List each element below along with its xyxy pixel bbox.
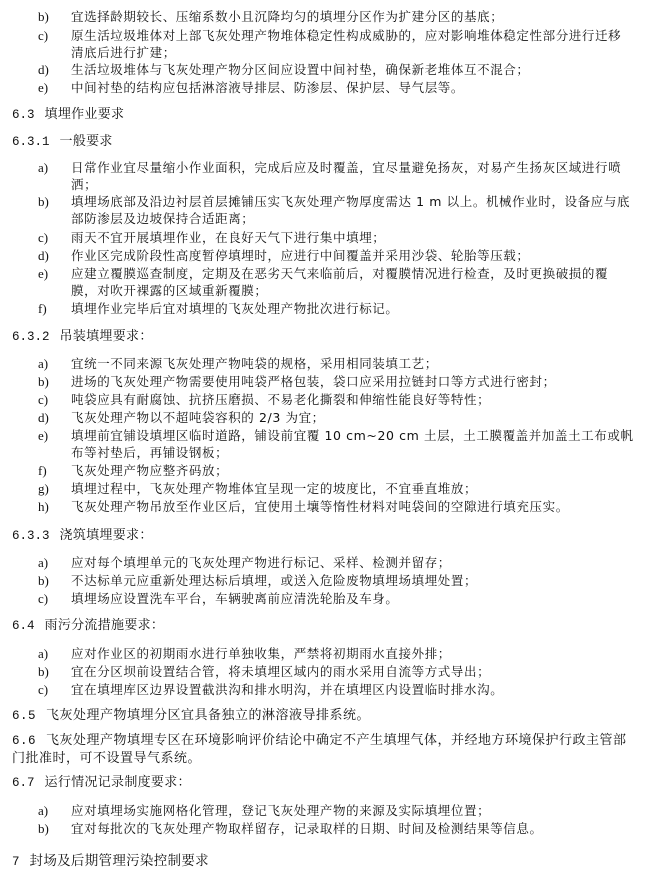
section-number: 6.3.3 [12,527,50,545]
section-6-5: 6.5飞灰处理产物填埋分区宜具备独立的淋溶液导排系统。 [12,707,632,725]
item-label: b) [38,193,60,210]
item-label: b) [38,572,60,589]
item-text: 生活垃圾堆体与飞灰处理产物分区间应设置中间衬垫，确保新老堆体互不混合； [71,61,634,78]
item-text: 宜统一不同来源飞灰处理产物吨袋的规格，采用相同装填工艺； [71,355,634,372]
list-item: c) 填埋场应设置洗车平台，车辆驶离前应清洗轮胎及车身。 [38,590,634,607]
list-item: e) 填埋前宜铺设填埋区临时道路，铺设前宜覆 10 cm~20 cm 土层，土工… [38,427,634,461]
section-title: 填埋作业要求 [45,107,125,122]
item-text: 飞灰处理产物吊放至作业区后，宜使用土壤等惰性材料对吨袋间的空隙进行填充压实。 [71,498,634,515]
list-item: a) 应对每个填埋单元的飞灰处理产物进行标记、采样、检测并留存； [38,554,634,571]
item-label: f) [38,462,60,479]
list-item: a) 宜统一不同来源飞灰处理产物吨袋的规格，采用相同装填工艺； [38,355,634,372]
list-item: e) 应建立覆膜巡查制度，定期及在恶劣天气来临前后，对覆膜情况进行检查，及时更换… [38,265,634,299]
item-label: c) [38,590,60,607]
item-label: b) [38,373,60,390]
item-text: 中间衬垫的结构应包括淋溶液导排层、防渗层、保护层、导气层等。 [71,79,634,96]
item-text: 吨袋应具有耐腐蚀、抗挤压磨损、不易老化撕裂和伸缩性能良好等特性； [71,391,634,408]
item-text: 宜在分区坝前设置结合管，将未填埋区域内的雨水采用自流等方式导出； [71,663,634,680]
section-title: 雨污分流措施要求： [45,618,165,633]
item-label: a) [38,645,60,662]
item-text: 填埋作业完毕后宜对填埋的飞灰处理产物批次进行标记。 [71,300,634,317]
list-item: f) 飞灰处理产物应整齐码放； [38,462,634,479]
item-text: 宜选择龄期较长、压缩系数小且沉降均匀的填埋分区作为扩建分区的基底； [71,8,634,25]
item-text: 进场的飞灰处理产物需要使用吨袋严格包装，袋口应采用拉链封口等方式进行密封； [71,373,634,390]
list-item: d) 作业区完成阶段性高度暂停填埋时，应进行中间覆盖并采用沙袋、轮胎等压载； [38,247,634,264]
list-item: a) 应对填埋场实施网格化管理，登记飞灰处理产物的来源及实际填埋位置； [38,802,634,819]
item-text: 雨天不宜开展填埋作业，在良好天气下进行集中填埋； [71,229,634,246]
item-text: 宜在填埋库区边界设置截洪沟和排水明沟，并在填埋区内设置临时排水沟。 [71,681,634,698]
item-text: 作业区完成阶段性高度暂停填埋时，应进行中间覆盖并采用沙袋、轮胎等压载； [71,247,634,264]
item-text: 飞灰处理产物以不超吨袋容积的 2/3 为宜； [71,409,634,426]
item-label: d) [38,409,60,426]
list-item: b) 不达标单元应重新处理达标后填埋，或送入危险废物填埋场填埋处置； [38,572,634,589]
chapter-title: 封场及后期管理污染控制要求 [30,853,209,869]
section-number: 6.4 [12,617,35,635]
item-text: 应对填埋场实施网格化管理，登记飞灰处理产物的来源及实际填埋位置； [71,802,634,819]
list-item: g) 填埋过程中，飞灰处理产物堆体宜呈现一定的坡度比，不宜垂直堆放； [38,480,634,497]
section-text: 飞灰处理产物填埋分区宜具备独立的淋溶液导排系统。 [46,708,370,723]
list-item: b) 宜在分区坝前设置结合管，将未填埋区域内的雨水采用自流等方式导出； [38,663,634,680]
item-label: e) [38,427,60,444]
item-label: c) [38,229,60,246]
section-number: 6.3 [12,106,35,124]
section-heading-6-3-1: 6.3.1一般要求 [12,133,113,151]
item-text: 日常作业宜尽量缩小作业面积，完成后应及时覆盖，宜尽量避免扬灰，对易产生扬灰区域进… [71,159,634,193]
list-item: h) 飞灰处理产物吊放至作业区后，宜使用土壤等惰性材料对吨袋间的空隙进行填充压实… [38,498,634,515]
list-item: b) 进场的飞灰处理产物需要使用吨袋严格包装，袋口应采用拉链封口等方式进行密封； [38,373,634,390]
list-item: d) 飞灰处理产物以不超吨袋容积的 2/3 为宜； [38,409,634,426]
list-item: d) 生活垃圾堆体与飞灰处理产物分区间应设置中间衬垫，确保新老堆体互不混合； [38,61,634,78]
item-label: d) [38,247,60,264]
item-text: 应对每个填埋单元的飞灰处理产物进行标记、采样、检测并留存； [71,554,634,571]
section-number: 6.6 [12,734,36,748]
list-item: c) 雨天不宜开展填埋作业，在良好天气下进行集中填埋； [38,229,634,246]
item-label: g) [38,480,60,497]
item-label: h) [38,498,60,515]
list-item: c) 原生活垃圾堆体对上部飞灰处理产物堆体稳定性构成威胁的，应对影响堆体稳定性部… [38,27,634,61]
item-text: 飞灰处理产物应整齐码放； [71,462,634,479]
section-6-6: 6.6飞灰处理产物填埋专区在环境影响评价结论中确定不产生填埋气体，并经地方环境保… [12,732,632,768]
chapter-heading-7: 7封场及后期管理污染控制要求 [12,852,209,871]
item-label: d) [38,61,60,78]
item-label: b) [38,663,60,680]
list-item: a) 应对作业区的初期雨水进行单独收集，严禁将初期雨水直接外排； [38,645,634,662]
section-number: 6.5 [12,709,36,723]
section-title: 一般要求 [60,134,113,149]
item-label: a) [38,802,60,819]
item-label: a) [38,159,60,176]
list-item: c) 宜在填埋库区边界设置截洪沟和排水明沟，并在填埋区内设置临时排水沟。 [38,681,634,698]
item-label: c) [38,391,60,408]
section-heading-6-3: 6.3填埋作业要求 [12,106,124,124]
item-label: f) [38,300,60,317]
item-label: e) [38,79,60,96]
item-text: 应建立覆膜巡查制度，定期及在恶劣天气来临前后，对覆膜情况进行检查，及时更换破损的… [71,265,634,299]
section-text: 飞灰处理产物填埋专区在环境影响评价结论中确定不产生填埋气体，并经地方环境保护行政… [12,733,627,766]
section-number: 6.3.2 [12,328,50,346]
item-text: 应对作业区的初期雨水进行单独收集，严禁将初期雨水直接外排； [71,645,634,662]
item-label: c) [38,27,60,44]
item-text: 填埋场底部及沿边衬层首层摊铺压实飞灰处理产物厚度需达 1 m 以上。机械作业时，… [71,193,634,227]
item-label: c) [38,681,60,698]
item-label: e) [38,265,60,282]
section-heading-6-3-3: 6.3.3浇筑填埋要求： [12,527,153,545]
list-item: e) 中间衬垫的结构应包括淋溶液导排层、防渗层、保护层、导气层等。 [38,79,634,96]
item-text: 填埋过程中，飞灰处理产物堆体宜呈现一定的坡度比，不宜垂直堆放； [71,480,634,497]
section-number: 6.7 [12,774,35,792]
item-text: 原生活垃圾堆体对上部飞灰处理产物堆体稳定性构成威胁的，应对影响堆体稳定性部分进行… [71,27,634,61]
item-label: b) [38,8,60,25]
list-item: b) 填埋场底部及沿边衬层首层摊铺压实飞灰处理产物厚度需达 1 m 以上。机械作… [38,193,634,227]
section-title: 吊装填埋要求： [60,329,153,344]
section-heading-6-4: 6.4雨污分流措施要求： [12,617,164,635]
section-title: 浇筑填埋要求： [60,528,153,543]
list-item: b) 宜对每批次的飞灰处理产物取样留存，记录取样的日期、时间及检测结果等信息。 [38,820,634,837]
chapter-number: 7 [12,853,20,871]
list-item: c) 吨袋应具有耐腐蚀、抗挤压磨损、不易老化撕裂和伸缩性能良好等特性； [38,391,634,408]
item-label: a) [38,355,60,372]
list-item: a) 日常作业宜尽量缩小作业面积，完成后应及时覆盖，宜尽量避免扬灰，对易产生扬灰… [38,159,634,193]
item-label: a) [38,554,60,571]
item-text: 宜对每批次的飞灰处理产物取样留存，记录取样的日期、时间及检测结果等信息。 [71,820,634,837]
item-text: 填埋场应设置洗车平台，车辆驶离前应清洗轮胎及车身。 [71,590,634,607]
list-item: f) 填埋作业完毕后宜对填埋的飞灰处理产物批次进行标记。 [38,300,634,317]
item-text: 填埋前宜铺设填埋区临时道路，铺设前宜覆 10 cm~20 cm 土层，土工膜覆盖… [71,427,634,461]
item-text: 不达标单元应重新处理达标后填埋，或送入危险废物填埋场填埋处置； [71,572,634,589]
section-title: 运行情况记录制度要求： [45,775,191,790]
item-label: b) [38,820,60,837]
section-number: 6.3.1 [12,133,50,151]
section-heading-6-7: 6.7运行情况记录制度要求： [12,774,191,792]
list-item: b) 宜选择龄期较长、压缩系数小且沉降均匀的填埋分区作为扩建分区的基底； [38,8,634,25]
section-heading-6-3-2: 6.3.2吊装填埋要求： [12,328,153,346]
